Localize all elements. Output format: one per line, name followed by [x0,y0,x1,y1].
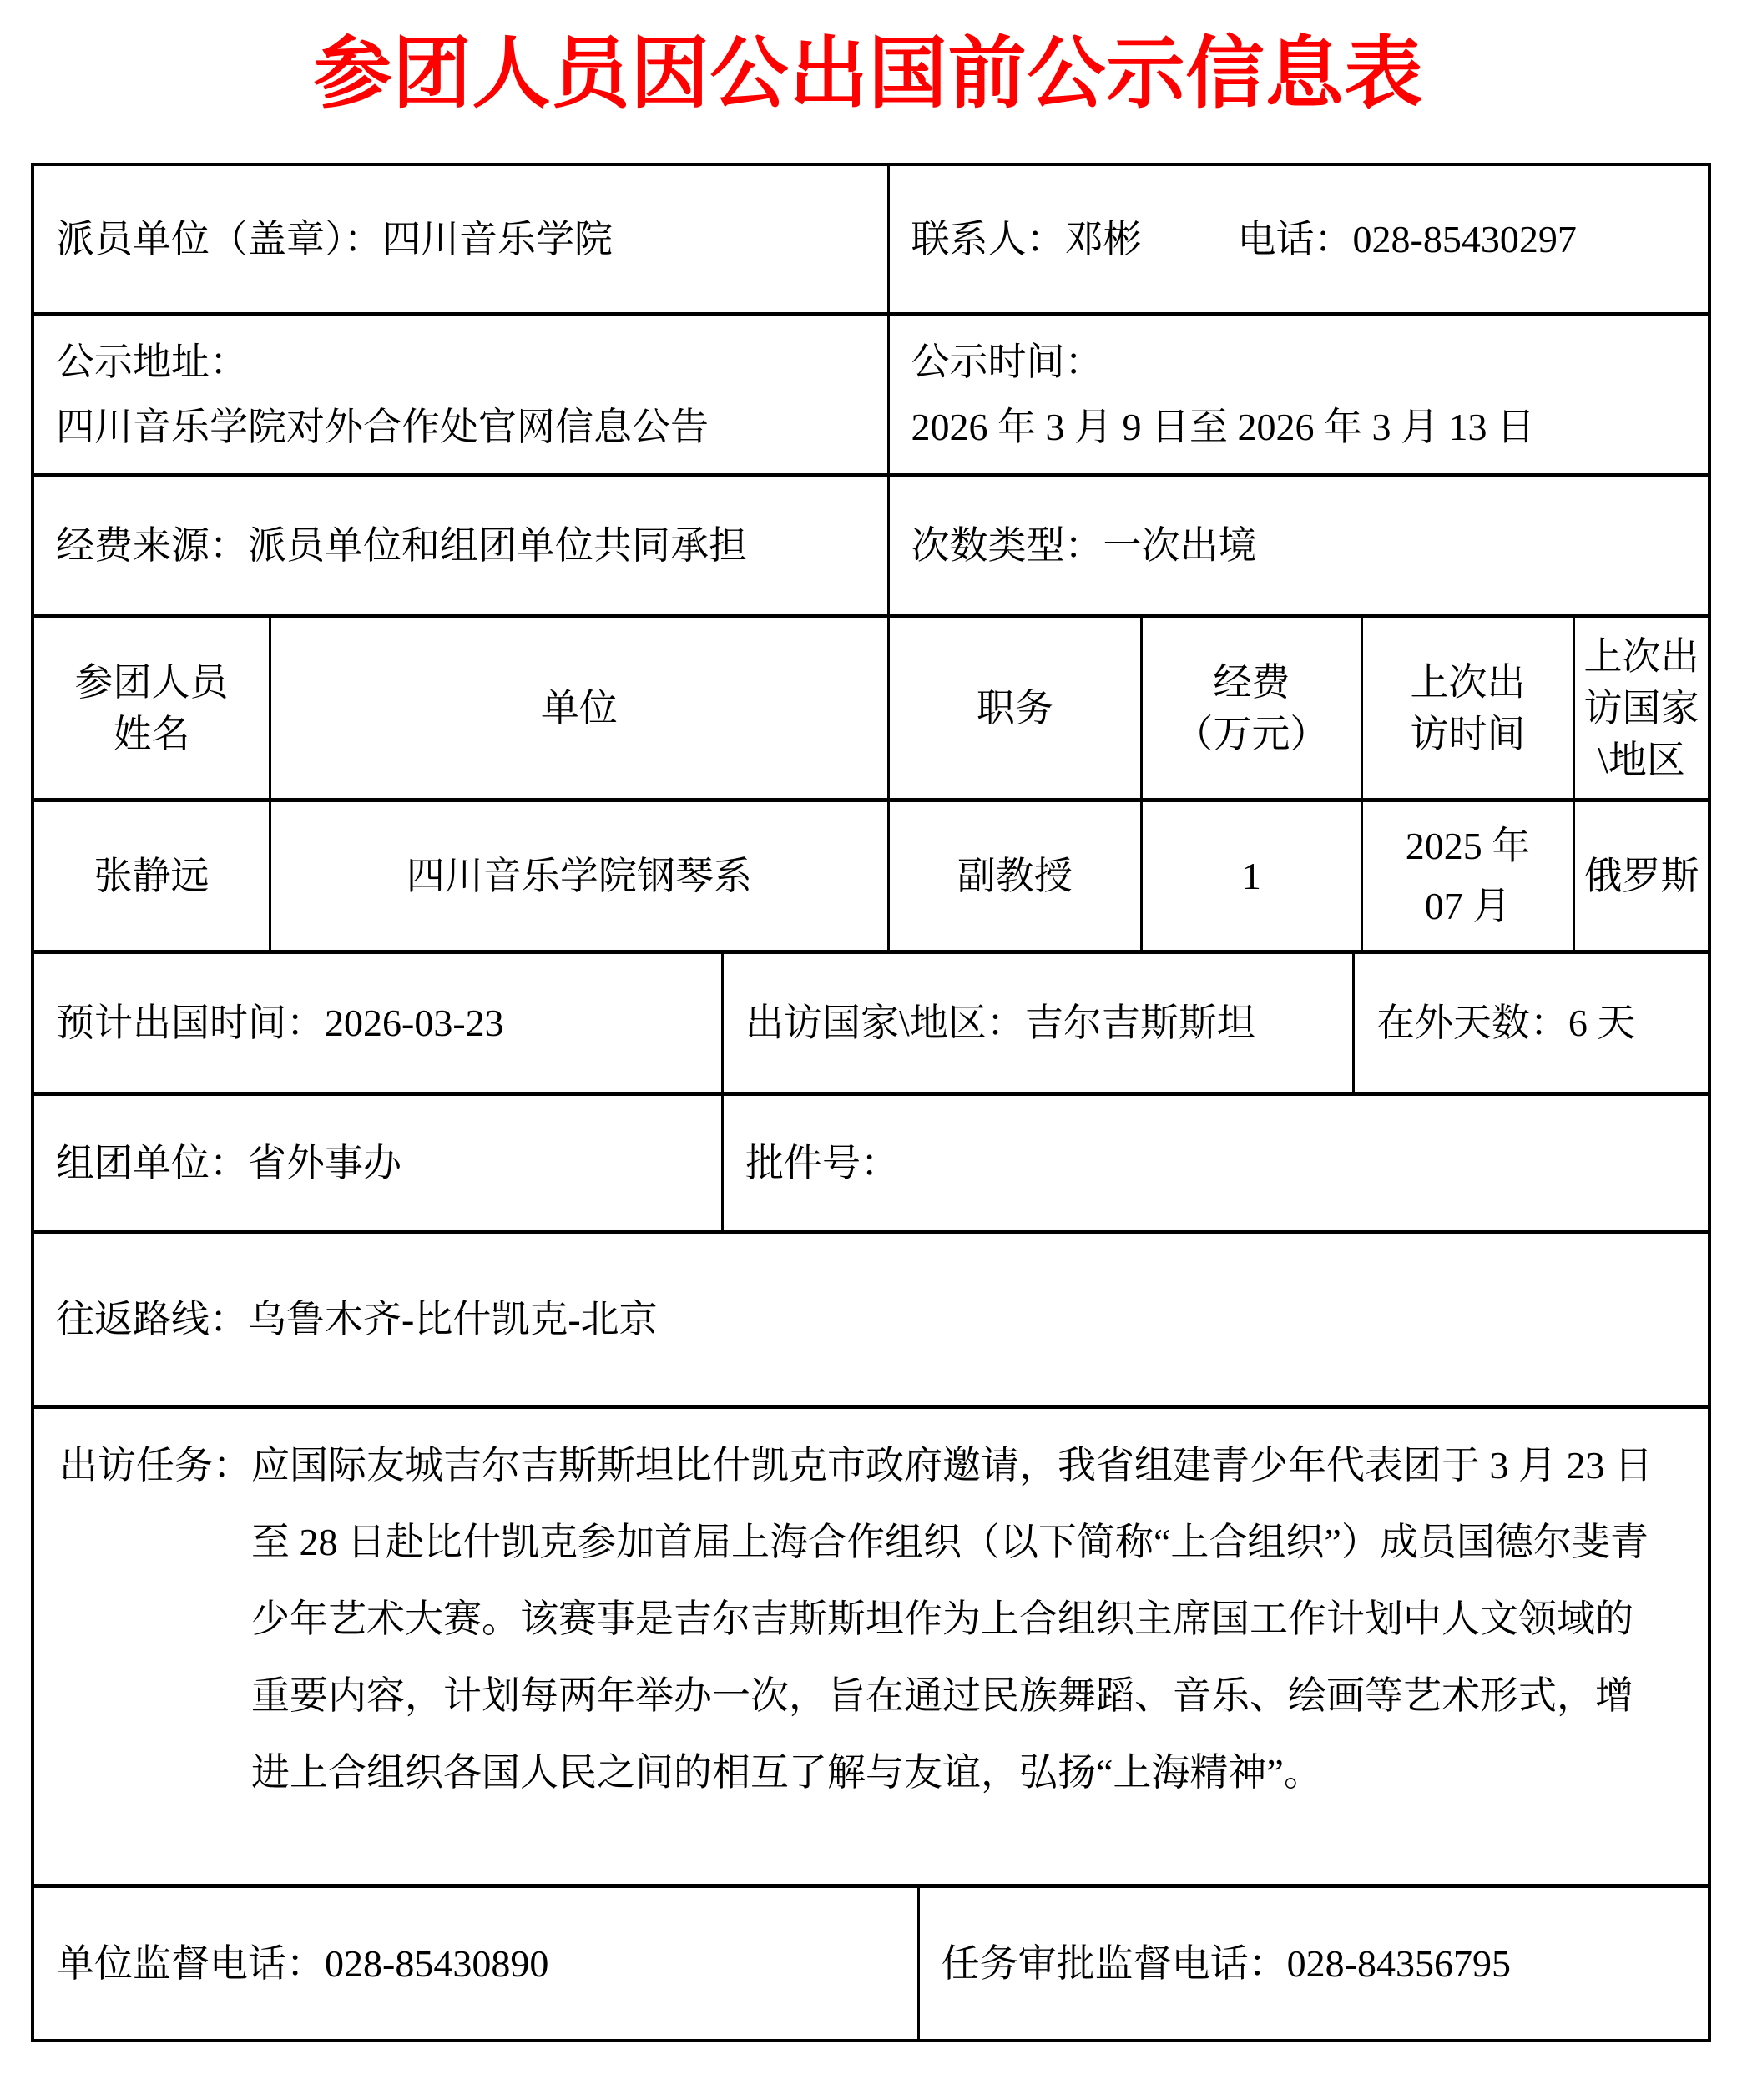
members-header-row: 参团人员 姓名 单位 职务 经费 （万元） 上次出 访时间 上次出 访国家 \地… [34,618,1708,802]
member-name: 张静远 [34,802,271,950]
task-label: 出访任务： [59,1444,251,1487]
header-last-visit-time: 上次出 访时间 [1363,618,1575,798]
contact-phone: 电话：028-85430297 [1238,215,1577,265]
funding-source-cell: 经费来源：派员单位和组团单位共同承担 [34,477,890,614]
member-unit: 四川音乐学院钢琴系 [271,802,890,950]
contact-cell: 联系人：邓彬 电话：028-85430297 [890,166,1708,312]
trip-count-type-cell: 次数类型：一次出境 [890,477,1708,614]
row-departure: 预计出国时间：2026-03-23 出访国家\地区：吉尔吉斯斯坦 在外天数：6 … [34,954,1708,1096]
header-unit: 单位 [271,618,890,798]
row-organizer: 组团单位：省外事办 批件号： [34,1096,1708,1234]
row-dispatch-unit: 派员单位（盖章）：四川音乐学院 联系人：邓彬 电话：028-85430297 [34,166,1708,316]
row-supervision-phones: 单位监督电话：028-85430890 任务审批监督电话：028-8435679… [34,1888,1708,2039]
page-title: 参团人员因公出国前公示信息表 [0,25,1737,124]
task-cell: 出访任务：应国际友城吉尔吉斯斯坦比什凯克市政府邀请，我省组建青少年代表团于 3 … [34,1409,1708,1884]
member-last-visit-region: 俄罗斯 [1575,802,1708,950]
row-task: 出访任务：应国际友城吉尔吉斯斯坦比什凯克市政府邀请，我省组建青少年代表团于 3 … [34,1409,1708,1888]
header-last-visit-region: 上次出 访国家 \地区 [1575,618,1708,798]
task-description: 应国际友城吉尔吉斯斯坦比什凯克市政府邀请，我省组建青少年代表团于 3 月 23 … [251,1444,1653,1794]
departure-date-cell: 预计出国时间：2026-03-23 [34,954,724,1092]
row-funding: 经费来源：派员单位和组团单位共同承担 次数类型：一次出境 [34,477,1708,618]
dispatch-unit-cell: 派员单位（盖章）：四川音乐学院 [34,166,890,312]
unit-supervision-phone-cell: 单位监督电话：028-85430890 [34,1888,920,2039]
header-position: 职务 [890,618,1143,798]
disclosure-form-table: 派员单位（盖章）：四川音乐学院 联系人：邓彬 电话：028-85430297 公… [31,163,1711,2042]
approval-number-cell: 批件号： [724,1096,1708,1230]
member-row: 张静远 四川音乐学院钢琴系 副教授 1 2025 年 07 月 俄罗斯 [34,802,1708,954]
organizer-cell: 组团单位：省外事办 [34,1096,724,1230]
header-budget: 经费 （万元） [1143,618,1363,798]
row-publicity: 公示地址： 四川音乐学院对外合作处官网信息公告 公示时间： 2026 年 3 月… [34,316,1708,477]
header-member-name: 参团人员 姓名 [34,618,271,798]
member-budget: 1 [1143,802,1363,950]
contact-person: 联系人：邓彬 [911,215,1142,265]
publicity-time-cell: 公示时间： 2026 年 3 月 9 日至 2026 年 3 月 13 日 [890,316,1708,473]
destination-cell: 出访国家\地区：吉尔吉斯斯坦 [724,954,1355,1092]
route-cell: 往返路线：乌鲁木齐-比什凯克-北京 [34,1234,1708,1405]
member-last-visit-time: 2025 年 07 月 [1363,802,1575,950]
member-position: 副教授 [890,802,1143,950]
task-supervision-phone-cell: 任务审批监督电话：028-84356795 [920,1888,1708,2039]
publicity-address-cell: 公示地址： 四川音乐学院对外合作处官网信息公告 [34,316,890,473]
days-abroad-cell: 在外天数：6 天 [1355,954,1708,1092]
row-route: 往返路线：乌鲁木齐-比什凯克-北京 [34,1234,1708,1409]
